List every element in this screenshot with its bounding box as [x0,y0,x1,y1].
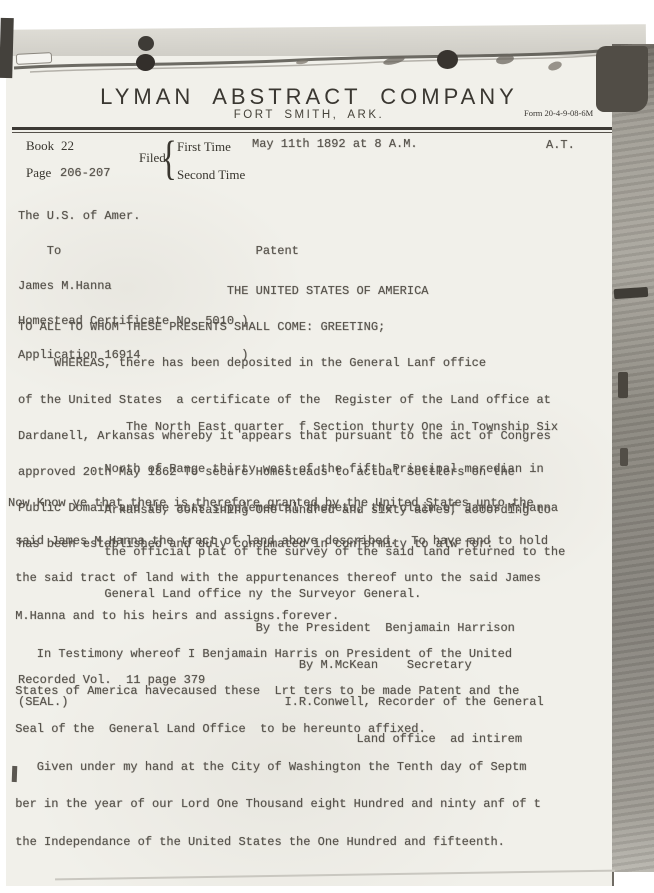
first-time-label: First Time [177,139,231,155]
torn-edge-line [0,0,654,90]
recorded-line: Recorded Vol. 11 page 379 [18,673,205,687]
book-value: 22 [61,138,74,154]
page-value: 206-207 [60,166,110,180]
right-scan-band [612,44,654,872]
description-line: The North East quarter f Section thurty … [18,421,565,435]
brad-fastener-mark [138,36,154,51]
grantor-line: The U.S. of Amer. [18,211,299,223]
edge-tear-mark [618,372,628,398]
caption-line: THE UNITED STATES OF AMERICA [18,285,558,297]
brad-fastener-mark [437,50,458,69]
recorded-reference: Recorded Vol. 11 page 379 [18,645,205,715]
page-label: Page [26,165,51,181]
header-rule-thin [12,132,612,133]
filed-first-time-value: May 11th 1892 at 8 A.M. [252,137,418,151]
scanned-document: LYMAN ABSTRACT COMPANY FORT SMITH, ARK. … [0,0,654,893]
header-rule-thick [12,127,612,130]
whereas-line: WHEREAS, there has been deposited in the… [18,357,558,369]
president-signature-line: By the President Benjamain Harrison [18,622,544,634]
brad-fastener-mark [136,54,155,71]
filed-brace: { [161,133,177,187]
company-name: LYMAN ABSTRACT COMPANY [6,84,612,110]
to-patent-line: To Patent [18,246,299,258]
second-time-label: Second Time [177,167,245,183]
grant-line: the said tract of land with the appurten… [8,572,548,585]
company-city: FORT SMITH, ARK. [6,109,612,121]
edge-tear-mark [620,448,628,466]
book-label: Book [26,138,54,154]
grant-line: said James M.Hanna the tract of land abo… [8,535,548,548]
recorder-title-line: Land office ad intirem [18,733,544,745]
form-number: Form 20-4-9-08-6M [524,108,593,118]
paper-clip-mark [16,52,53,65]
grant-line: Now Know ye that there is therefore gran… [8,497,548,510]
abstractor-initials: A.T. [546,138,575,152]
left-scan-shadow [0,18,14,78]
caption-line: TO ALL TO WHOM THESE PRESENTS SHALL COME… [18,321,558,333]
grant-line: the Independance of the United States th… [8,836,548,849]
grant-line: ber in the year of our Lord One Thousand… [8,798,548,811]
